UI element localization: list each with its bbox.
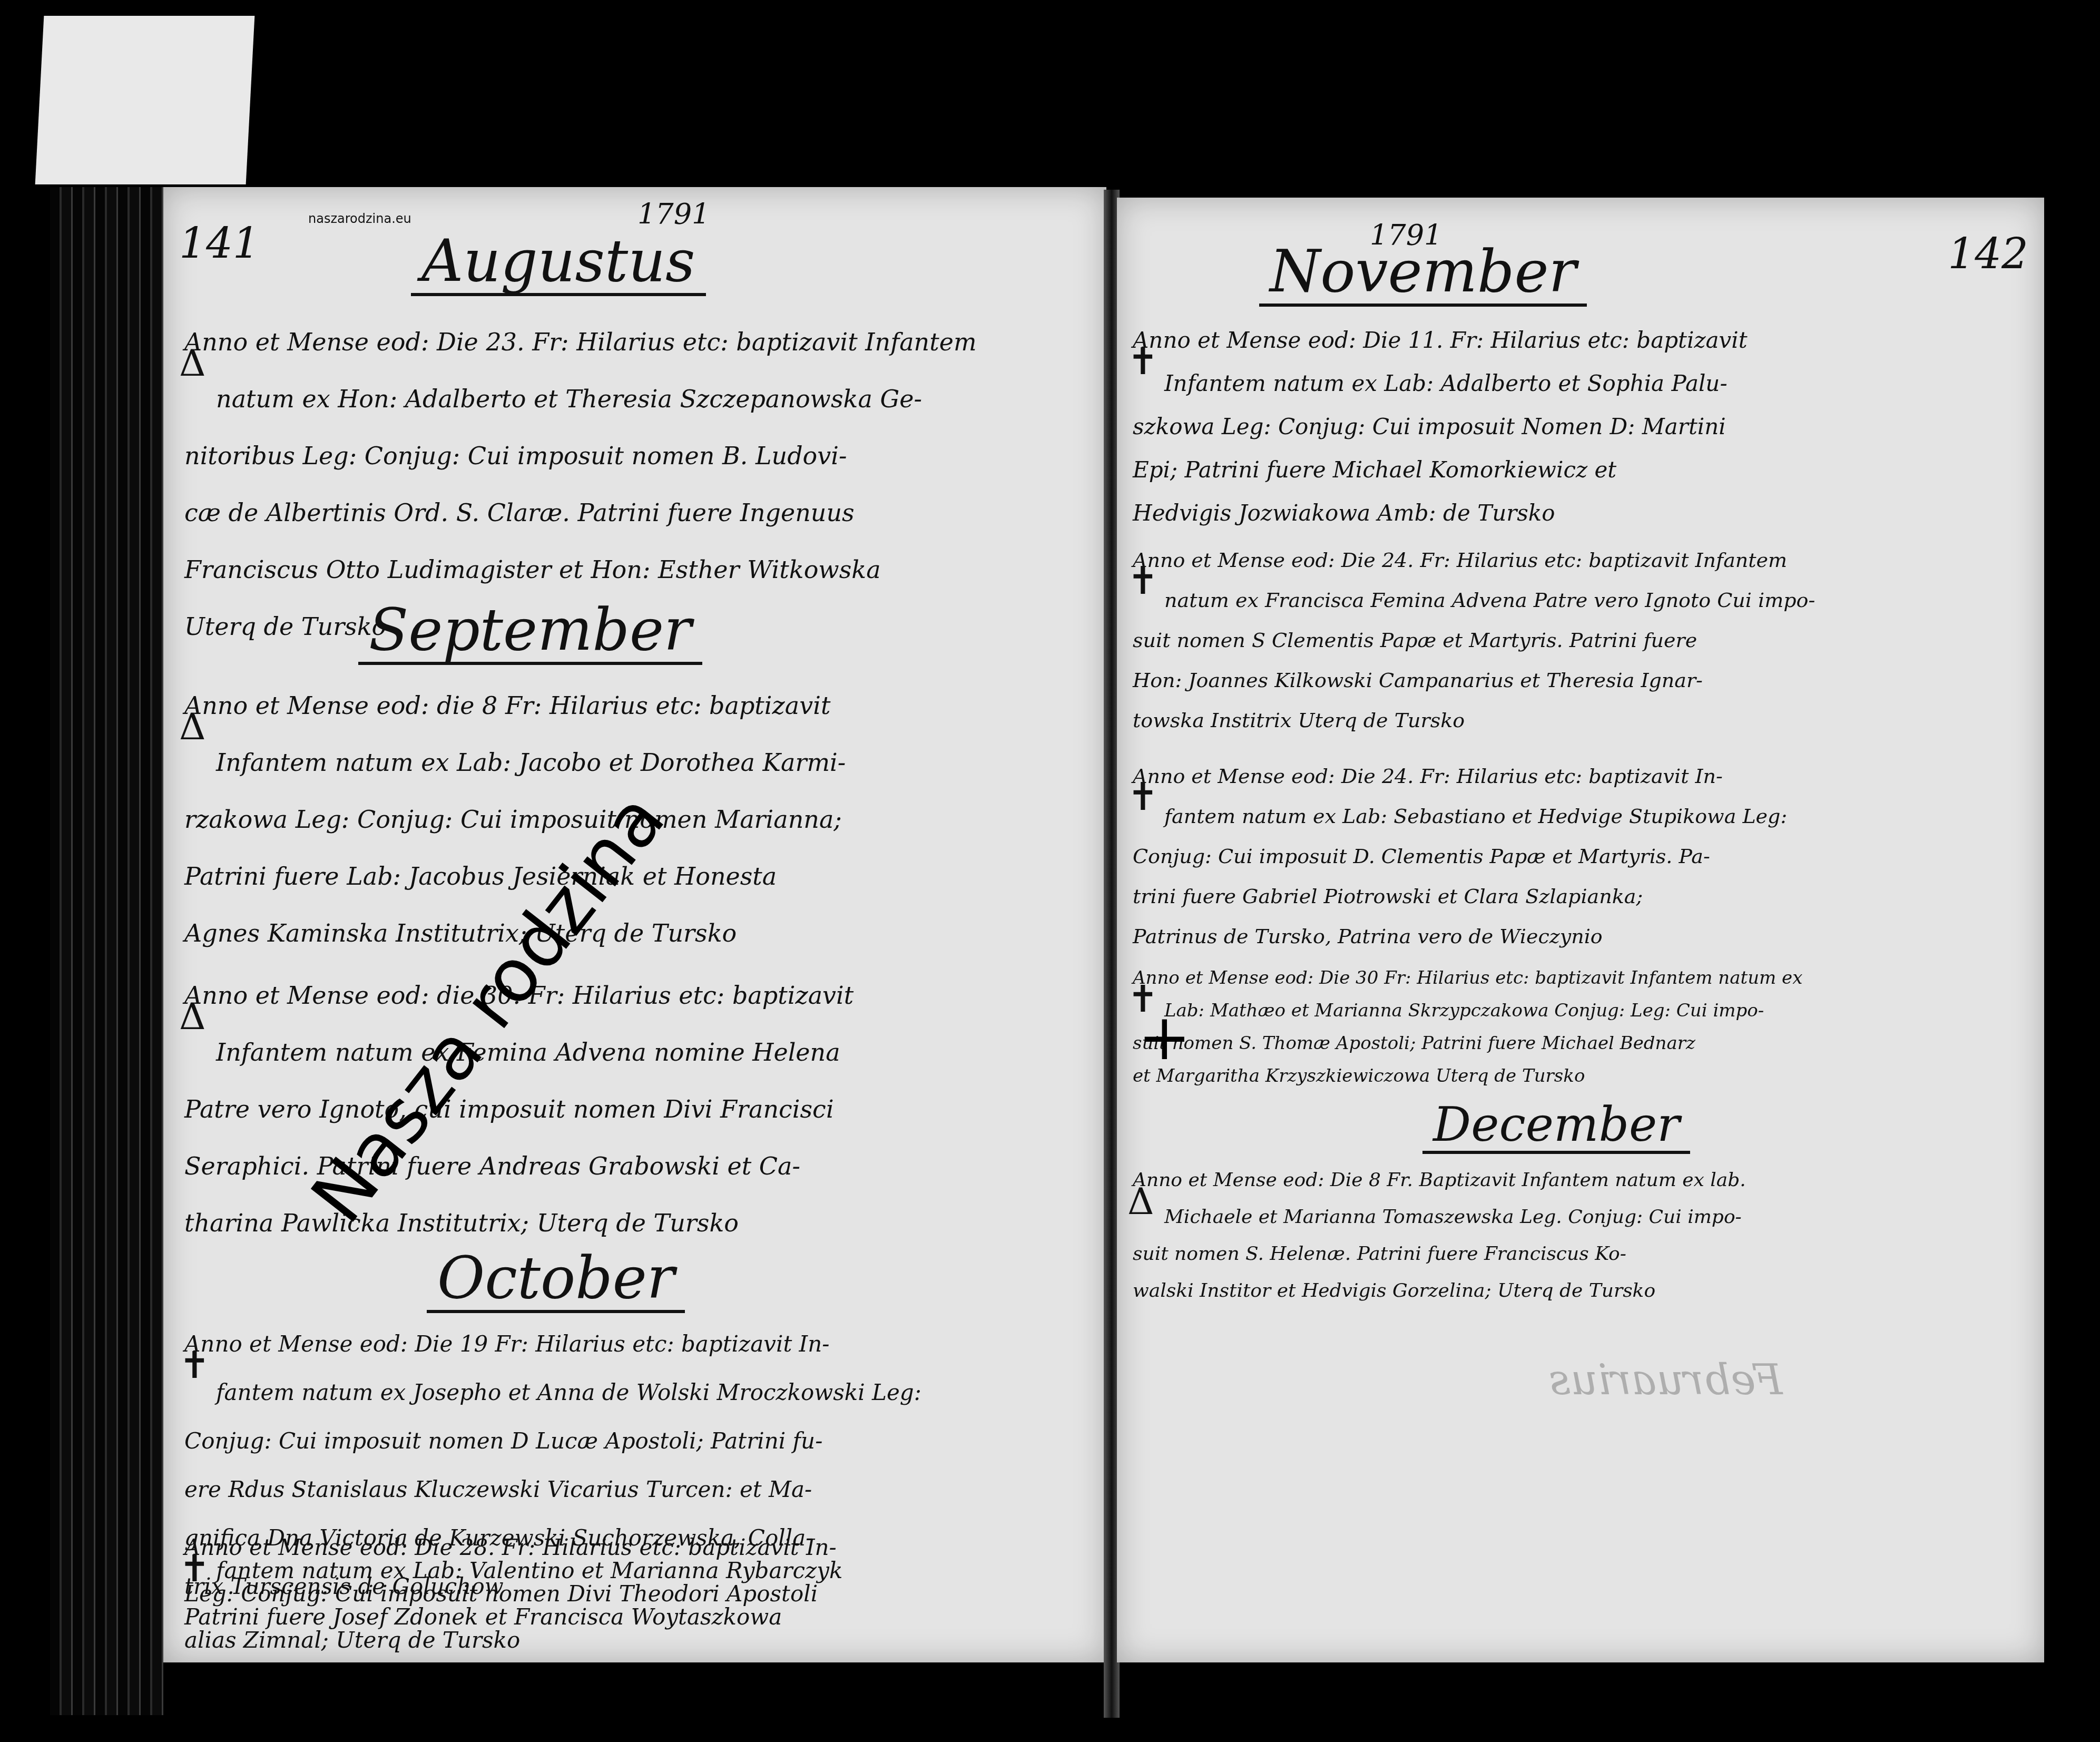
baptism-entry: ✝ Anno et Mense eod: Die 24. Fr: Hilariu… xyxy=(1133,756,1787,956)
year-left: 1791 xyxy=(637,198,710,231)
month-heading-september: September xyxy=(358,598,702,665)
marginal-mark: Δ xyxy=(179,698,206,755)
month-heading-december: December xyxy=(1422,1099,1690,1154)
marginal-mark: ✝ xyxy=(1127,340,1159,383)
month-heading-november: November xyxy=(1259,240,1587,307)
baptism-entry: ✝ Anno et Mense eod: Die 11. Fr: Hilariu… xyxy=(1133,319,1748,535)
book-spine xyxy=(50,187,163,1715)
paper-flap xyxy=(35,16,255,184)
marginal-mark: ✝ xyxy=(1127,777,1159,817)
page-number-right: 142 xyxy=(1948,229,2028,278)
marginal-mark: ✝ xyxy=(179,1341,210,1389)
marginal-mark: Δ xyxy=(179,335,206,392)
cross-mark: + xyxy=(1138,1001,1191,1074)
page-number-left: 141 xyxy=(179,219,260,268)
baptism-entry: ✝ Anno et Mense eod: Die 30 Fr: Hilarius… xyxy=(1133,962,1802,1092)
baptism-entry: Δ Anno et Mense eod: Die 8 Fr. Baptizavi… xyxy=(1133,1162,1746,1309)
bleed-through-heading: Februarius xyxy=(1538,1357,1793,1403)
watermark-url: naszarodzina.eu xyxy=(308,211,411,226)
marginal-mark: Δ xyxy=(1127,1183,1154,1220)
baptism-entry: ✝ Anno et Mense eod: Die 28. Fr: Hilariu… xyxy=(184,1536,842,1652)
marginal-mark: ✝ xyxy=(179,1557,210,1580)
month-heading-august: Augustus xyxy=(411,229,706,296)
baptism-entry: ✝ Anno et Mense eod: Die 24. Fr: Hilariu… xyxy=(1133,540,1815,740)
left-page: naszarodzina.eu 141 1791 Augustus Δ Anno… xyxy=(163,187,1106,1662)
marginal-mark: Δ xyxy=(179,988,206,1045)
marginal-mark: ✝ xyxy=(1127,561,1159,601)
month-heading-october: October xyxy=(427,1246,685,1313)
right-page: 142 1791 November ✝ Anno et Mense eod: D… xyxy=(1117,198,2044,1662)
